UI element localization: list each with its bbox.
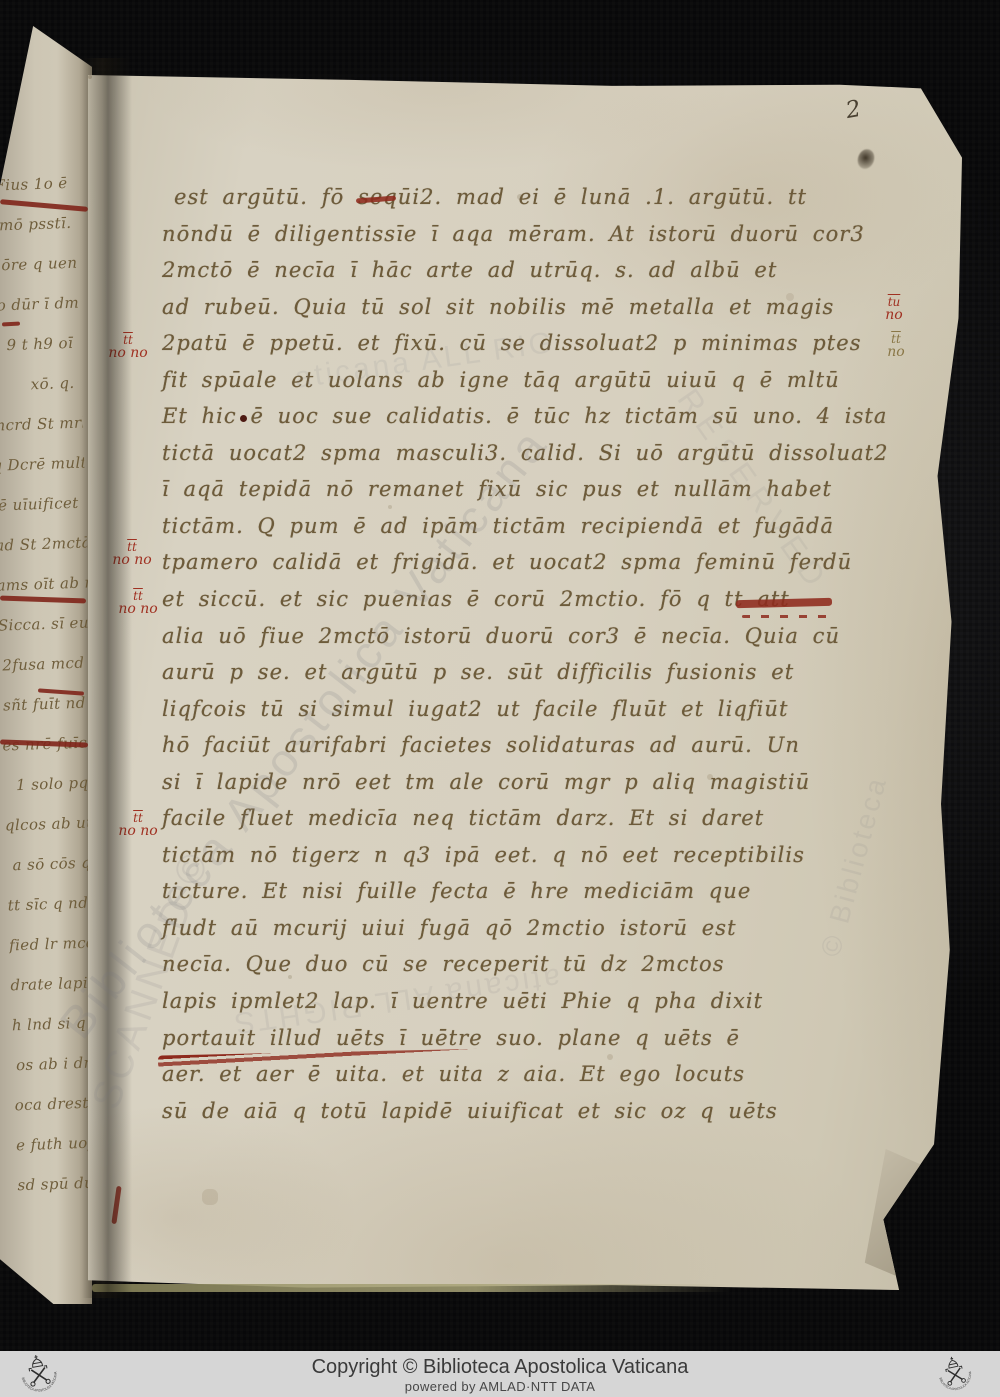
manuscript-line: si ī lapide nrō eet tm ale corū mgr p al…	[162, 764, 908, 801]
manuscript-line: 2mctō ē necīa ī hāc arte ad utrūq. s. ad…	[162, 252, 908, 289]
margin-note-nota: ttno no	[106, 812, 170, 838]
manuscript-line: ad rubeū. Quia tū sol sit nobilis mē met…	[162, 289, 908, 326]
manuscript-line: alia uō fiue 2mctō istorū duorū cor3 ē n…	[162, 618, 908, 655]
manuscript-line: fit spūale et uolans ab igne tāq argūtū …	[162, 362, 908, 399]
facing-page-line: tt sīc q ndr	[7, 882, 100, 925]
manuscript-line: nōndū ē diligentissīe ī aqa mēram. At is…	[162, 216, 908, 253]
facing-page-line: 1 solo pq	[3, 762, 96, 805]
manuscript-line: facile fluet medicīa neq tictām darz. Et…	[162, 800, 908, 837]
manuscript-line: tictām. Q pum ē ad ipām tictām recipiend…	[162, 508, 908, 545]
facing-page-line: ē uīuificet	[0, 483, 86, 526]
facing-page-line: 9 t h9 oī	[0, 323, 81, 366]
facing-page-edge: Fius 1o ēp mō psstī. s.Fiōre q uendit2o …	[0, 26, 92, 1304]
rubric-dot	[240, 415, 247, 422]
page-bottom-edge	[92, 1284, 732, 1292]
margin-note-nota: tuno	[874, 296, 914, 322]
facing-page-line: q Dcrē multī	[0, 443, 85, 486]
powered-by-text: powered by AMLAD·NTT DATA	[0, 1379, 1000, 1394]
manuscript-line: Et hic ē uoc sue calidatis. ē tūc hz tic…	[162, 398, 908, 435]
manuscript-line: necīa. Que duo cū se receperit tū dz 2mc…	[162, 946, 908, 983]
facing-page-line: 2o dūr ī dmi	[0, 283, 79, 326]
manuscript-line: 2patū ē ppetū. et fixū. cū se dissoluat2…	[162, 325, 908, 362]
facing-page-line: Sicca. sī euz	[0, 602, 91, 645]
manuscript-line: liqfcois tū si simul iugat2 ut facile fl…	[162, 691, 908, 728]
facing-page-line: ad St 2mctā	[0, 522, 88, 565]
facing-page-line: qlcos ab uul	[4, 802, 97, 845]
manuscript-photo: Fius 1o ēp mō psstī. s.Fiōre q uendit2o …	[0, 0, 1000, 1397]
margin-note-nota: ttno no	[100, 541, 164, 567]
folio-number: 2	[844, 96, 863, 124]
manuscript-line: hō faciūt aurifabri facietes solidaturas…	[162, 727, 908, 764]
facing-page-line: fied lr mcdde	[8, 922, 101, 965]
vatican-library-seal-icon	[930, 1349, 980, 1397]
ink-stain	[855, 147, 877, 171]
parchment-freckles	[88, 75, 92, 79]
manuscript-text-block: est argūtū. fō seqūi2. mad ei ē lunā .1.…	[162, 179, 908, 1129]
facing-page-line: mcrd St mrbd	[0, 403, 84, 446]
rubric-expunction-dots	[742, 615, 828, 618]
manuscript-line: tpamero calidā et frigidā. et uocat2 spm…	[162, 544, 908, 581]
manuscript-page: 2 est argūtū. fō seqūi2. mad ei ē lunā .…	[88, 75, 962, 1290]
manuscript-line: sū de aiā q totū lapidē uiuificat et sic…	[162, 1093, 908, 1130]
facing-page-line: a sō cōs q	[6, 842, 99, 885]
copyright-bar: Copyright © Biblioteca Apostolica Vatica…	[0, 1351, 1000, 1397]
vatican-library-seal-icon: BIBLIOTECA APOSTOLICA VATICANA	[12, 1347, 65, 1397]
facing-page-line: 2fusa mcd	[0, 642, 92, 685]
margin-note-nota: ttno	[876, 333, 916, 359]
facing-page-line: Fiōre q uendit	[0, 243, 78, 286]
margin-note-nota: ttno no	[96, 334, 160, 360]
margin-note-nota: ttno no	[106, 590, 170, 616]
manuscript-line: ticture. Et nisi fuille fecta ē hre medi…	[162, 873, 908, 910]
manuscript-line: fludt aū mcurij uiui fugā qō 2mctio isto…	[162, 910, 908, 947]
facing-page-line: xō. q.	[0, 363, 82, 406]
manuscript-line: est argūtū. fō seqūi2. mad ei ē lunā .1.…	[162, 179, 908, 216]
manuscript-line: ī aqā tepidā nō remanet fixū sic pus et …	[162, 471, 908, 508]
copyright-text: Copyright © Biblioteca Apostolica Vatica…	[0, 1356, 1000, 1379]
manuscript-line: aurū p se. et argūtū p se. sūt difficili…	[162, 654, 908, 691]
manuscript-line: tictām nō tigerz n q3 ipā eet. q nō eet …	[162, 837, 908, 874]
manuscript-line: lapis ipmlet2 lap. ī uentre uēti Phie q …	[162, 983, 908, 1020]
manuscript-line: tictā uocat2 spma masculi3. calid. Si uō…	[162, 435, 908, 472]
